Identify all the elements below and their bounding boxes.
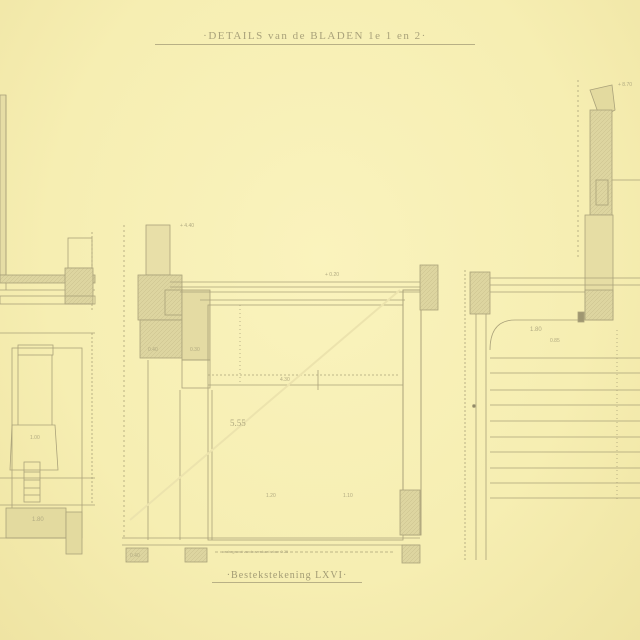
level-top-center: + 0.20	[325, 272, 339, 278]
right-span-sub-dim: 0.85	[550, 338, 560, 344]
level-right: + 8.70	[618, 82, 632, 88]
right-section-view	[465, 80, 640, 560]
left-base-dim: 1.80	[32, 517, 44, 523]
left-chimney-dim: 1.00	[30, 435, 40, 441]
span-center-dim: 4.30	[280, 377, 290, 383]
wall-width-b: 0.30	[190, 347, 200, 353]
left-base-small: 0.40	[130, 553, 140, 559]
mid-dim-a: 1.20	[266, 493, 276, 499]
bottom-note: ondergrond van bovenkant vloer 0.25	[222, 549, 288, 554]
right-span-dim: 1.80	[530, 327, 542, 333]
architectural-drawing	[0, 0, 640, 640]
level-left: + 4.40	[180, 223, 194, 229]
mid-dim-b: 1.10	[343, 493, 353, 499]
left-elevation-view	[0, 95, 95, 554]
center-section-view	[122, 225, 438, 563]
drawing-subtitle: ·Bestekstekening LXVI·	[212, 570, 362, 583]
wall-width-a: 0.40	[148, 347, 158, 353]
room-label: 5.55	[230, 418, 246, 428]
